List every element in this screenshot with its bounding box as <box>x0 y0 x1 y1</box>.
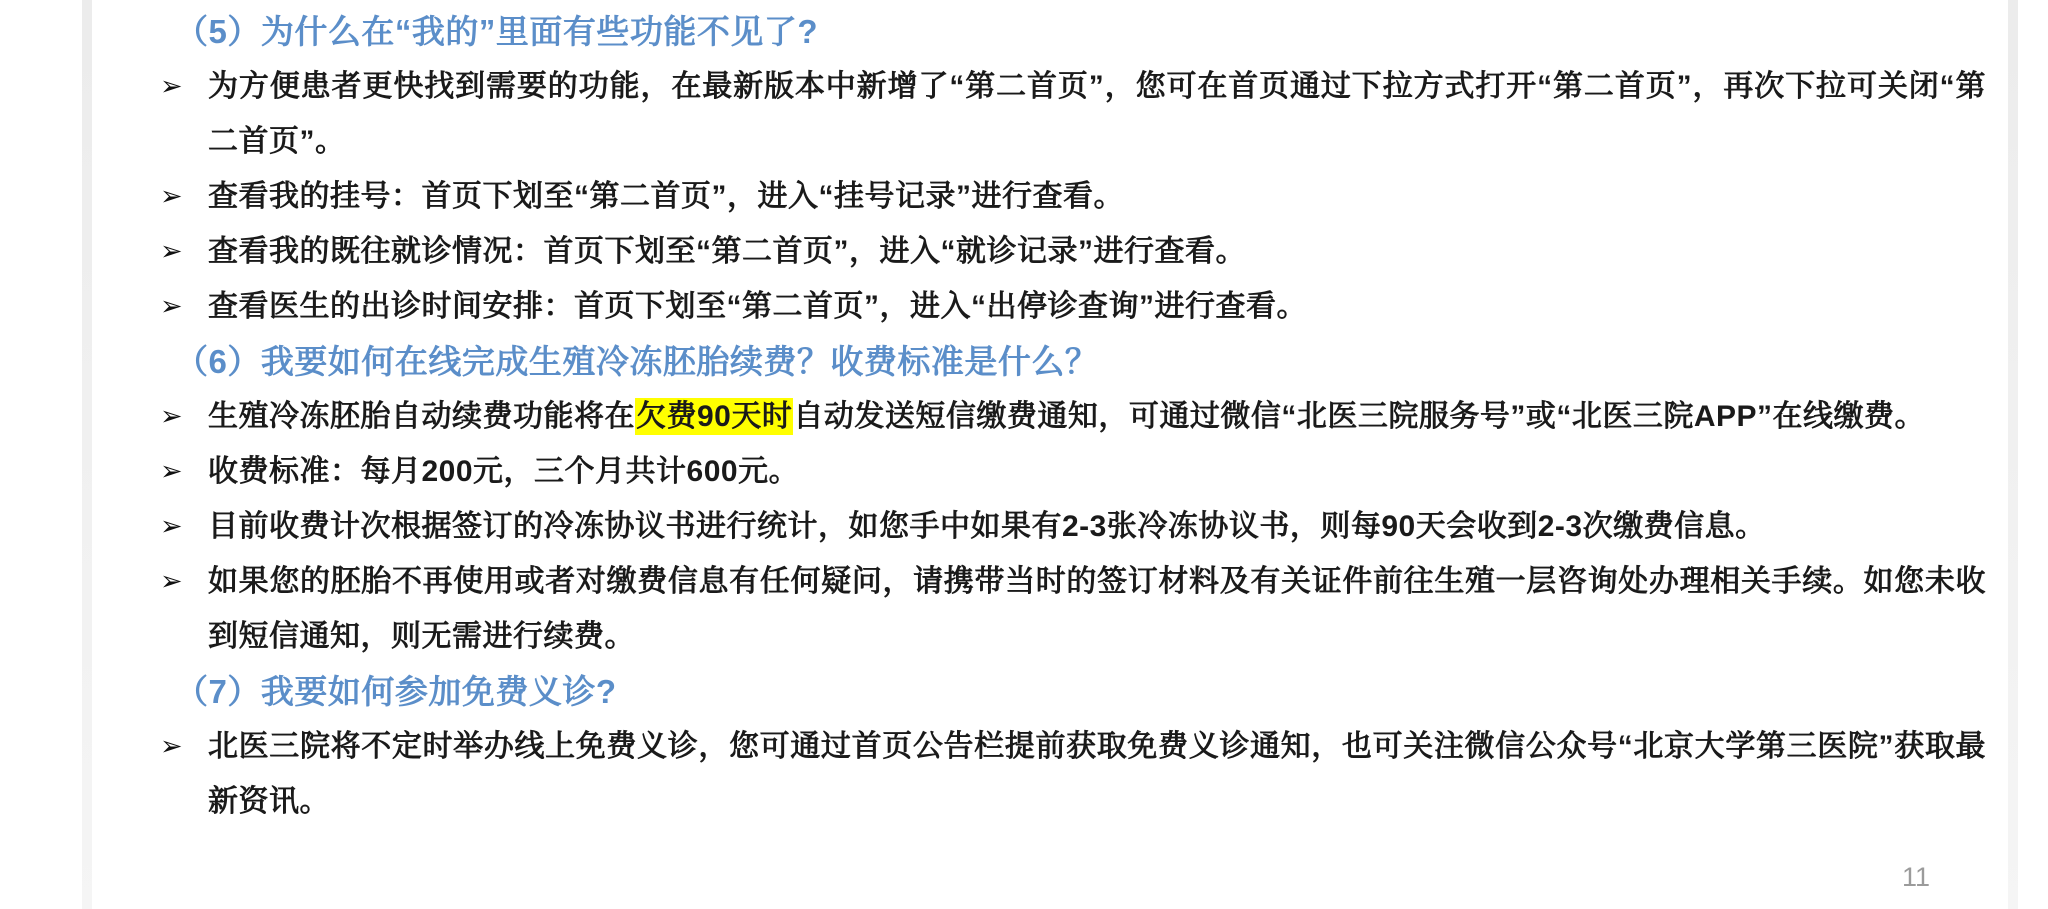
bullet-arrow-icon: ➢ <box>158 444 208 499</box>
bullet-arrow-icon: ➢ <box>158 279 208 334</box>
faq-slide: （5）为什么在“我的”里面有些功能不见了? ➢ 为方便患者更快找到需要的功能，在… <box>0 0 2048 909</box>
bullet-arrow-icon: ➢ <box>158 719 208 774</box>
bullet-text: 查看医生的出诊时间安排：首页下划至“第二首页”，进入“出停诊查询”进行查看。 <box>208 279 1986 334</box>
highlight-text: 欠费90天时 <box>635 398 793 435</box>
bullet-text: 查看我的挂号：首页下划至“第二首页”，进入“挂号记录”进行查看。 <box>208 169 1986 224</box>
section-heading-6: （6）我要如何在线完成生殖冷冻胚胎续费？收费标准是什么？ <box>158 334 1986 389</box>
bullet-text: 为方便患者更快找到需要的功能，在最新版本中新增了“第二首页”，您可在首页通过下拉… <box>208 59 1986 169</box>
bullet-arrow-icon: ➢ <box>158 389 208 444</box>
bullet-arrow-icon: ➢ <box>158 499 208 554</box>
bullet-text-post: 自动发送短信缴费通知，可通过微信“北医三院服务号”或“北医三院APP”在线缴费。 <box>793 400 1925 433</box>
bullet-text: 查看我的既往就诊情况：首页下划至“第二首页”，进入“就诊记录”进行查看。 <box>208 224 1986 279</box>
bullet-item: ➢ 收费标准：每月200元，三个月共计600元。 <box>158 444 1986 499</box>
bullet-text: 如果您的胚胎不再使用或者对缴费信息有任何疑问，请携带当时的签订材料及有关证件前往… <box>208 554 1986 664</box>
page-number: 11 <box>1902 862 1930 893</box>
bullet-item: ➢ 北医三院将不定时举办线上免费义诊，您可通过首页公告栏提前获取免费义诊通知，也… <box>158 719 1986 829</box>
section-heading-7: （7）我要如何参加免费义诊? <box>158 664 1986 719</box>
bullet-text-pre: 生殖冷冻胚胎自动续费功能将在 <box>208 400 635 433</box>
bullet-arrow-icon: ➢ <box>158 169 208 224</box>
section-heading-5: （5）为什么在“我的”里面有些功能不见了? <box>158 4 1986 59</box>
bullet-item: ➢ 如果您的胚胎不再使用或者对缴费信息有任何疑问，请携带当时的签订材料及有关证件… <box>158 554 1986 664</box>
scan-edge-right <box>2008 0 2018 909</box>
scan-edge-left <box>82 0 92 909</box>
bullet-item: ➢ 生殖冷冻胚胎自动续费功能将在欠费90天时自动发送短信缴费通知，可通过微信“北… <box>158 389 1986 444</box>
bullet-item: ➢ 查看我的既往就诊情况：首页下划至“第二首页”，进入“就诊记录”进行查看。 <box>158 224 1986 279</box>
bullet-arrow-icon: ➢ <box>158 59 208 114</box>
bullet-text: 目前收费计次根据签订的冷冻协议书进行统计，如您手中如果有2-3张冷冻协议书，则每… <box>208 499 1986 554</box>
slide-content: （5）为什么在“我的”里面有些功能不见了? ➢ 为方便患者更快找到需要的功能，在… <box>158 4 1986 829</box>
bullet-arrow-icon: ➢ <box>158 224 208 279</box>
bullet-text: 北医三院将不定时举办线上免费义诊，您可通过首页公告栏提前获取免费义诊通知，也可关… <box>208 719 1986 829</box>
bullet-text: 生殖冷冻胚胎自动续费功能将在欠费90天时自动发送短信缴费通知，可通过微信“北医三… <box>208 389 1986 444</box>
bullet-item: ➢ 为方便患者更快找到需要的功能，在最新版本中新增了“第二首页”，您可在首页通过… <box>158 59 1986 169</box>
bullet-item: ➢ 查看医生的出诊时间安排：首页下划至“第二首页”，进入“出停诊查询”进行查看。 <box>158 279 1986 334</box>
bullet-text: 收费标准：每月200元，三个月共计600元。 <box>208 444 1986 499</box>
bullet-item: ➢ 目前收费计次根据签订的冷冻协议书进行统计，如您手中如果有2-3张冷冻协议书，… <box>158 499 1986 554</box>
bullet-item: ➢ 查看我的挂号：首页下划至“第二首页”，进入“挂号记录”进行查看。 <box>158 169 1986 224</box>
bullet-arrow-icon: ➢ <box>158 554 208 609</box>
